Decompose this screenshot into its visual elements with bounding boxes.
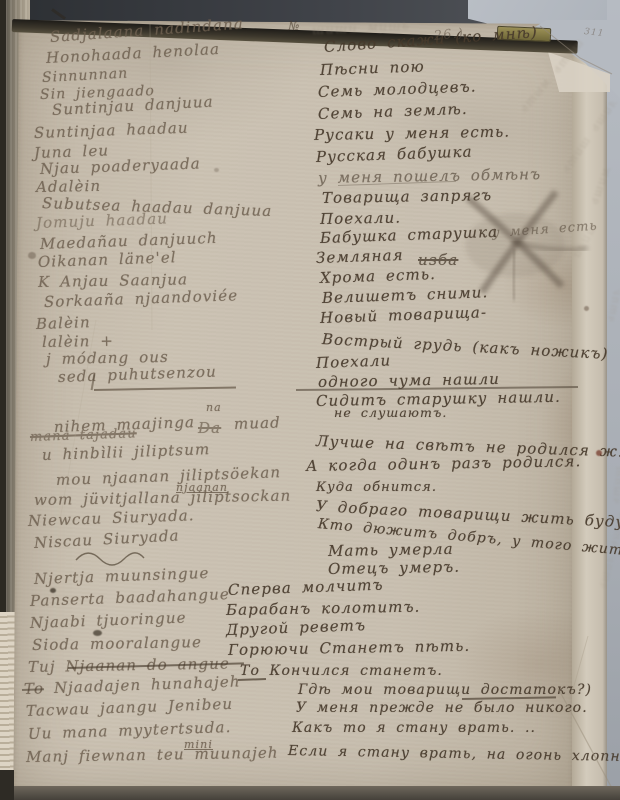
ink-marks-overlay — [0, 0, 620, 800]
bottom-left-corner-shadow — [0, 770, 14, 800]
paper-crease — [60, 320, 96, 520]
pencil-squiggle — [76, 553, 144, 565]
tear-line — [540, 26, 612, 74]
paper-crease — [150, 24, 152, 330]
page-bottom-shadow — [0, 786, 620, 800]
paper-crease — [558, 688, 614, 792]
smear-drip — [513, 250, 515, 300]
paper-crease — [570, 636, 588, 700]
photo-of-manuscript: Sadjalaana nadindanaHonohaada henolaaSin… — [0, 0, 620, 800]
